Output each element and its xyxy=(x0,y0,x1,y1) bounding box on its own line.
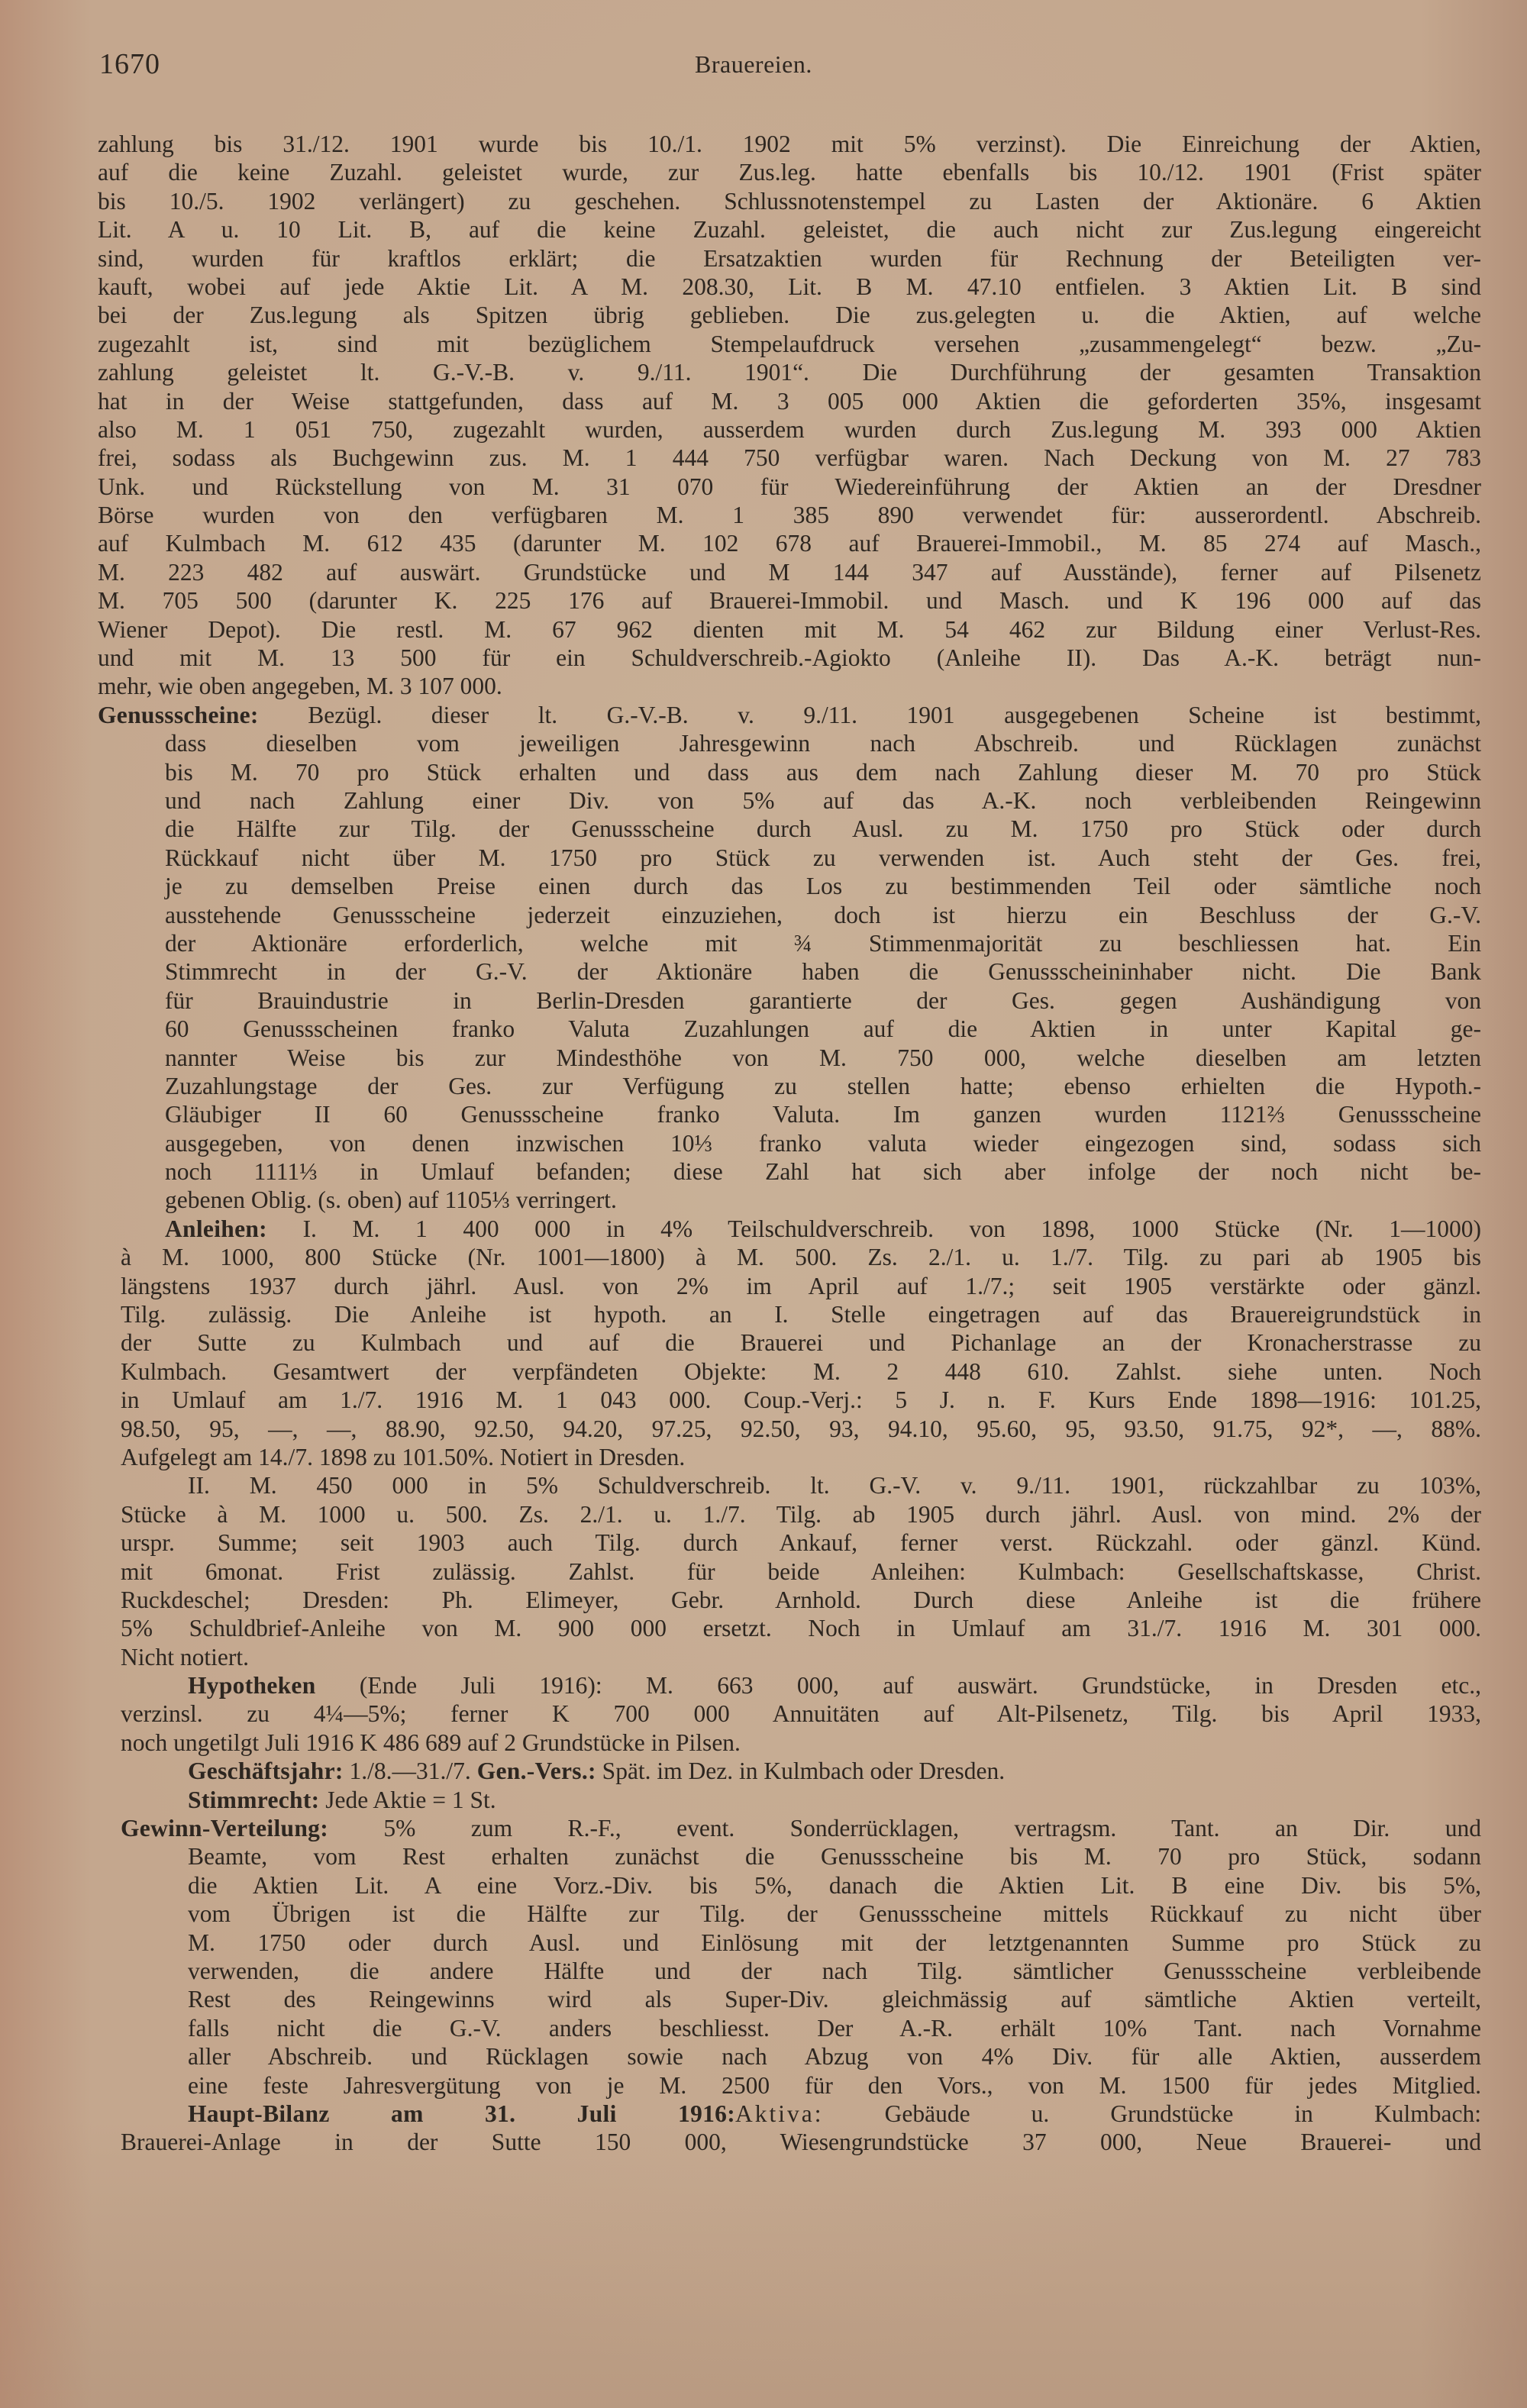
text-line: je zu demselben Preise einen durch das L… xyxy=(98,872,1481,900)
line-text: 1./8.—31./7. xyxy=(344,1758,477,1784)
line-text: Lit. A u. 10 Lit. B, auf die keine Zuzah… xyxy=(98,216,1481,243)
text-line: Wiener Depot). Die restl. M. 67 962 dien… xyxy=(98,615,1481,644)
line-text: 98.50, 95, —, —, 88.90, 92.50, 94.20, 97… xyxy=(121,1415,1481,1442)
text-line: die Aktien Lit. A eine Vorz.-Div. bis 5%… xyxy=(98,1871,1481,1900)
text-line: Beamte, vom Rest erhalten zunächst die G… xyxy=(98,1842,1481,1871)
line-text: verwenden, die andere Hälfte und der nac… xyxy=(188,1958,1481,1984)
line-text: Bezügl. dieser lt. G.-V.-B. v. 9./11. 19… xyxy=(259,702,1481,728)
line-text: Gebäude u. Grundstücke in Kulmbach: xyxy=(824,2100,1481,2127)
section-title: Brauereien. xyxy=(695,50,812,79)
text-line: Rückkauf nicht über M. 1750 pro Stück zu… xyxy=(98,844,1481,872)
section-heading: Anleihen: xyxy=(165,1215,267,1242)
line-text: nannter Weise bis zur Mindesthöhe von M.… xyxy=(165,1044,1481,1071)
text-line: noch ungetilgt Juli 1916 K 486 689 auf 2… xyxy=(98,1729,1481,1757)
text-line: Tilg. zulässig. Die Anleihe ist hypoth. … xyxy=(98,1300,1481,1328)
text-line: M. 705 500 (darunter K. 225 176 auf Brau… xyxy=(98,586,1481,615)
line-text: zugezahlt ist, sind mit bezüglichem Stem… xyxy=(98,331,1481,357)
text-line: zugezahlt ist, sind mit bezüglichem Stem… xyxy=(98,330,1481,358)
line-text: Rückkauf nicht über M. 1750 pro Stück zu… xyxy=(165,844,1481,871)
text-line: Gewinn-Verteilung: 5% zum R.-F., event. … xyxy=(98,1814,1481,1842)
line-text: mehr, wie oben angegeben, M. 3 107 000. xyxy=(98,673,502,699)
line-text: II. M. 450 000 in 5% Schuldverschreib. l… xyxy=(188,1472,1481,1499)
line-text: Brauerei-Anlage in der Sutte 150 000, Wi… xyxy=(121,2129,1481,2155)
section-heading: Genussscheine: xyxy=(98,702,259,728)
text-line: auf die keine Zuzahl. geleistet wurde, z… xyxy=(98,158,1481,186)
line-text: ausstehende Genussscheine jederzeit einz… xyxy=(165,902,1481,928)
line-text: auf Kulmbach M. 612 435 (darunter M. 102… xyxy=(98,530,1481,557)
line-text: mit 6monat. Frist zulässig. Zahlst. für … xyxy=(121,1558,1481,1585)
text-line: M. 223 482 auf auswärt. Grundstücke und … xyxy=(98,558,1481,586)
text-line: bis M. 70 pro Stück erhalten und dass au… xyxy=(98,758,1481,786)
text-line: Lit. A u. 10 Lit. B, auf die keine Zuzah… xyxy=(98,215,1481,244)
running-head: 1670 Brauereien. xyxy=(99,47,1481,86)
section-heading: Hypotheken xyxy=(188,1672,316,1699)
spaced-label: Aktiva: xyxy=(735,2100,824,2127)
text-line: Stücke à M. 1000 u. 500. Zs. 2./1. u. 1.… xyxy=(98,1500,1481,1528)
line-text: M. 705 500 (darunter K. 225 176 auf Brau… xyxy=(98,587,1481,614)
line-text: zahlung bis 31./12. 1901 wurde bis 10./1… xyxy=(98,131,1481,157)
text-line: Gläubiger II 60 Genussscheine franko Val… xyxy=(98,1100,1481,1128)
text-line: frei, sodass als Buchgewinn zus. M. 1 44… xyxy=(98,444,1481,472)
text-line: Stimmrecht: Jede Aktie = 1 St. xyxy=(98,1786,1481,1814)
text-line: ausstehende Genussscheine jederzeit einz… xyxy=(98,901,1481,929)
text-line: der Aktionäre erforderlich, welche mit ¾… xyxy=(98,929,1481,957)
line-text: und nach Zahlung einer Div. von 5% auf d… xyxy=(165,787,1481,814)
line-text: aller Abschreib. und Rücklagen sowie nac… xyxy=(188,2043,1481,2070)
text-line: mit 6monat. Frist zulässig. Zahlst. für … xyxy=(98,1557,1481,1586)
text-line: Stimmrecht in der G.-V. der Aktionäre ha… xyxy=(98,957,1481,986)
line-text: eine feste Jahresvergütung von je M. 250… xyxy=(188,2072,1481,2099)
line-text: Spät. im Dez. in Kulmbach oder Dresden. xyxy=(596,1758,1005,1784)
text-line: Börse wurden von den verfügbaren M. 1 38… xyxy=(98,501,1481,529)
text-line: Kulmbach. Gesamtwert der verpfändeten Ob… xyxy=(98,1357,1481,1386)
line-text: 5% Schuldbrief-Anleihe von M. 900 000 er… xyxy=(121,1615,1481,1641)
text-line: à M. 1000, 800 Stücke (Nr. 1001—1800) à … xyxy=(98,1243,1481,1271)
line-text: Jede Aktie = 1 St. xyxy=(319,1787,496,1813)
line-text: Unk. und Rückstellung von M. 31 070 für … xyxy=(98,473,1481,500)
text-line: ausgegeben, von denen inzwischen 10⅓ fra… xyxy=(98,1129,1481,1157)
section-heading: Gewinn-Verteilung: xyxy=(121,1815,328,1842)
text-line: sind, wurden für kraftlos erklärt; die E… xyxy=(98,244,1481,273)
line-text: also M. 1 051 750, zugezahlt wurden, aus… xyxy=(98,416,1481,443)
text-line: Nicht notiert. xyxy=(98,1643,1481,1671)
line-text: zahlung geleistet lt. G.-V.-B. v. 9./11.… xyxy=(98,359,1481,386)
line-text: Gläubiger II 60 Genussscheine franko Val… xyxy=(165,1101,1481,1128)
text-line: zahlung geleistet lt. G.-V.-B. v. 9./11.… xyxy=(98,358,1481,386)
line-text: noch ungetilgt Juli 1916 K 486 689 auf 2… xyxy=(121,1729,741,1756)
line-text: in Umlauf am 1./7. 1916 M. 1 043 000. Co… xyxy=(121,1386,1481,1413)
text-line: zahlung bis 31./12. 1901 wurde bis 10./1… xyxy=(98,130,1481,158)
line-text: à M. 1000, 800 Stücke (Nr. 1001—1800) à … xyxy=(121,1244,1481,1270)
line-text: urspr. Summe; seit 1903 auch Tilg. durch… xyxy=(121,1529,1481,1556)
line-text: hat in der Weise stattgefunden, dass auf… xyxy=(98,388,1481,415)
line-text: 60 Genussscheinen franko Valuta Zuzahlun… xyxy=(165,1015,1481,1042)
line-text: kauft, wobei auf jede Aktie Lit. A M. 20… xyxy=(98,273,1481,300)
line-text: für Brauindustrie in Berlin-Dresden gara… xyxy=(165,987,1481,1014)
document-page: 1670 Brauereien. zahlung bis 31./12. 190… xyxy=(0,0,1527,2408)
line-text: die Hälfte zur Tilg. der Genussscheine d… xyxy=(165,815,1481,842)
line-text: dass dieselben vom jeweiligen Jahresgewi… xyxy=(165,730,1481,757)
text-line: der Sutte zu Kulmbach und auf die Brauer… xyxy=(98,1328,1481,1357)
text-line: nannter Weise bis zur Mindesthöhe von M.… xyxy=(98,1044,1481,1072)
section-heading: Stimmrecht: xyxy=(188,1787,319,1813)
line-text: Ruckdeschel; Dresden: Ph. Elimeyer, Gebr… xyxy=(121,1587,1481,1613)
page-number: 1670 xyxy=(99,47,160,81)
body-text: zahlung bis 31./12. 1901 wurde bis 10./1… xyxy=(98,130,1481,2157)
line-text: Börse wurden von den verfügbaren M. 1 38… xyxy=(98,502,1481,528)
text-line: Geschäftsjahr: 1./8.—31./7. Gen.-Vers.: … xyxy=(98,1757,1481,1785)
line-text: (Ende Juli 1916): M. 663 000, auf auswär… xyxy=(316,1672,1481,1699)
line-text: je zu demselben Preise einen durch das L… xyxy=(165,873,1481,899)
line-text: bis 10./5. 1902 verlängert) zu geschehen… xyxy=(98,188,1481,215)
line-text: auf die keine Zuzahl. geleistet wurde, z… xyxy=(98,159,1481,186)
line-text: längstens 1937 durch jährl. Ausl. von 2%… xyxy=(121,1273,1481,1299)
line-text: frei, sodass als Buchgewinn zus. M. 1 44… xyxy=(98,444,1481,471)
text-line: Ruckdeschel; Dresden: Ph. Elimeyer, Gebr… xyxy=(98,1586,1481,1614)
text-line: Brauerei-Anlage in der Sutte 150 000, Wi… xyxy=(98,2128,1481,2156)
section-heading: Gen.-Vers.: xyxy=(477,1758,596,1784)
line-text: ausgegeben, von denen inzwischen 10⅓ fra… xyxy=(165,1130,1481,1157)
text-line: vom Übrigen ist die Hälfte zur Tilg. der… xyxy=(98,1900,1481,1928)
text-line: Rest des Reingewinns wird als Super-Div.… xyxy=(98,1985,1481,2013)
line-text: gebenen Oblig. (s. oben) auf 1105⅓ verri… xyxy=(165,1186,617,1213)
line-text: Beamte, vom Rest erhalten zunächst die G… xyxy=(188,1843,1481,1870)
text-line: auf Kulmbach M. 612 435 (darunter M. 102… xyxy=(98,529,1481,557)
text-line: Unk. und Rückstellung von M. 31 070 für … xyxy=(98,473,1481,501)
text-line: verwenden, die andere Hälfte und der nac… xyxy=(98,1957,1481,1985)
line-text: M. 223 482 auf auswärt. Grundstücke und … xyxy=(98,559,1481,586)
text-line: gebenen Oblig. (s. oben) auf 1105⅓ verri… xyxy=(98,1186,1481,1214)
text-line: längstens 1937 durch jährl. Ausl. von 2%… xyxy=(98,1272,1481,1300)
line-text: Zuzahlungstage der Ges. zur Verfügung zu… xyxy=(165,1073,1481,1099)
line-text: Rest des Reingewinns wird als Super-Div.… xyxy=(188,1986,1481,2013)
text-line: mehr, wie oben angegeben, M. 3 107 000. xyxy=(98,672,1481,700)
text-line: urspr. Summe; seit 1903 auch Tilg. durch… xyxy=(98,1528,1481,1557)
text-line: verzinsl. zu 4¼—5%; ferner K 700 000 Ann… xyxy=(98,1699,1481,1728)
line-text: noch 1111⅓ in Umlauf befanden; diese Zah… xyxy=(165,1158,1481,1185)
text-line: Haupt-Bilanz am 31. Juli 1916:Aktiva: Ge… xyxy=(98,2100,1481,2128)
text-line: 5% Schuldbrief-Anleihe von M. 900 000 er… xyxy=(98,1614,1481,1642)
text-line: 98.50, 95, —, —, 88.90, 92.50, 94.20, 97… xyxy=(98,1415,1481,1443)
text-line: also M. 1 051 750, zugezahlt wurden, aus… xyxy=(98,415,1481,444)
text-line: noch 1111⅓ in Umlauf befanden; diese Zah… xyxy=(98,1157,1481,1186)
text-line: die Hälfte zur Tilg. der Genussscheine d… xyxy=(98,815,1481,843)
text-line: Genussscheine: Bezügl. dieser lt. G.-V.-… xyxy=(98,701,1481,729)
line-text: falls nicht die G.-V. anders beschliesst… xyxy=(188,2015,1481,2042)
line-text: die Aktien Lit. A eine Vorz.-Div. bis 5%… xyxy=(188,1872,1481,1899)
text-line: und nach Zahlung einer Div. von 5% auf d… xyxy=(98,786,1481,815)
line-text: bei der Zus.legung als Spitzen übrig geb… xyxy=(98,302,1481,328)
text-line: Hypotheken (Ende Juli 1916): M. 663 000,… xyxy=(98,1671,1481,1699)
text-line: hat in der Weise stattgefunden, dass auf… xyxy=(98,387,1481,415)
line-text: Wiener Depot). Die restl. M. 67 962 dien… xyxy=(98,616,1481,643)
line-text: Stücke à M. 1000 u. 500. Zs. 2./1. u. 1.… xyxy=(121,1501,1481,1528)
line-text: vom Übrigen ist die Hälfte zur Tilg. der… xyxy=(188,1900,1481,1927)
line-text: Kulmbach. Gesamtwert der verpfändeten Ob… xyxy=(121,1358,1481,1385)
text-line: falls nicht die G.-V. anders beschliesst… xyxy=(98,2014,1481,2042)
text-line: II. M. 450 000 in 5% Schuldverschreib. l… xyxy=(98,1471,1481,1499)
line-text: I. M. 1 400 000 in 4% Teilschuldverschre… xyxy=(267,1215,1481,1242)
line-text: Stimmrecht in der G.-V. der Aktionäre ha… xyxy=(165,958,1481,985)
text-line: für Brauindustrie in Berlin-Dresden gara… xyxy=(98,986,1481,1015)
text-line: M. 1750 oder durch Ausl. und Einlösung m… xyxy=(98,1929,1481,1957)
section-heading: Haupt-Bilanz am 31. Juli 1916: xyxy=(188,2100,735,2127)
text-line: Zuzahlungstage der Ges. zur Verfügung zu… xyxy=(98,1072,1481,1100)
line-text: und mit M. 13 500 für ein Schuldverschre… xyxy=(98,644,1481,671)
text-line: bis 10./5. 1902 verlängert) zu geschehen… xyxy=(98,187,1481,215)
line-text: Tilg. zulässig. Die Anleihe ist hypoth. … xyxy=(121,1301,1481,1328)
line-text: der Aktionäre erforderlich, welche mit ¾… xyxy=(165,930,1481,957)
line-text: 5% zum R.-F., event. Sonderrücklagen, ve… xyxy=(328,1815,1481,1842)
text-line: aller Abschreib. und Rücklagen sowie nac… xyxy=(98,2042,1481,2071)
section-heading: Geschäftsjahr: xyxy=(188,1758,344,1784)
text-line: Aufgelegt am 14./7. 1898 zu 101.50%. Not… xyxy=(98,1443,1481,1471)
text-line: und mit M. 13 500 für ein Schuldverschre… xyxy=(98,644,1481,672)
line-text: Aufgelegt am 14./7. 1898 zu 101.50%. Not… xyxy=(121,1444,685,1470)
line-text: der Sutte zu Kulmbach und auf die Brauer… xyxy=(121,1329,1481,1356)
line-text: verzinsl. zu 4¼—5%; ferner K 700 000 Ann… xyxy=(121,1700,1481,1727)
line-text: Nicht notiert. xyxy=(121,1644,249,1670)
text-line: dass dieselben vom jeweiligen Jahresgewi… xyxy=(98,729,1481,757)
text-line: Anleihen: I. M. 1 400 000 in 4% Teilschu… xyxy=(98,1215,1481,1243)
line-text: bis M. 70 pro Stück erhalten und dass au… xyxy=(165,759,1481,786)
text-line: 60 Genussscheinen franko Valuta Zuzahlun… xyxy=(98,1015,1481,1043)
text-line: bei der Zus.legung als Spitzen übrig geb… xyxy=(98,301,1481,329)
text-line: kauft, wobei auf jede Aktie Lit. A M. 20… xyxy=(98,273,1481,301)
text-line: eine feste Jahresvergütung von je M. 250… xyxy=(98,2071,1481,2100)
line-text: M. 1750 oder durch Ausl. und Einlösung m… xyxy=(188,1929,1481,1956)
line-text: sind, wurden für kraftlos erklärt; die E… xyxy=(98,245,1481,272)
text-line: in Umlauf am 1./7. 1916 M. 1 043 000. Co… xyxy=(98,1386,1481,1414)
